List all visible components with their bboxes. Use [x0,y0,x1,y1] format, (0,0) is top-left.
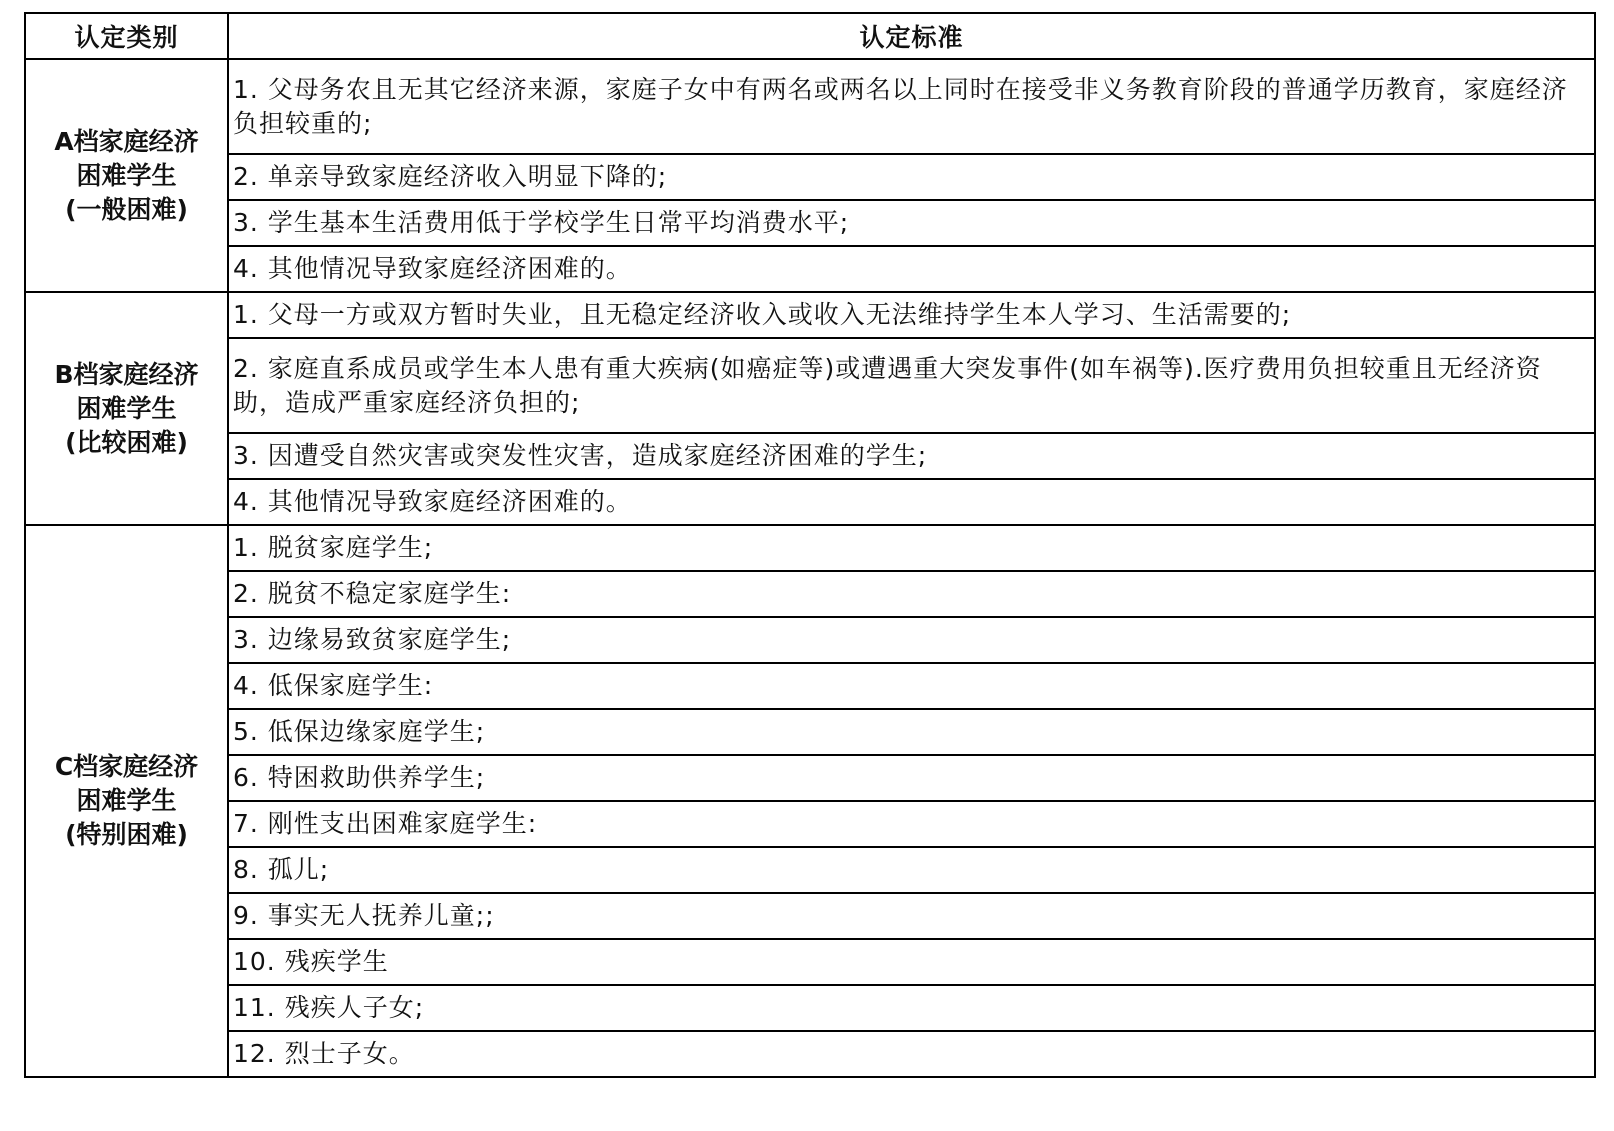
category-label-line: (特别困难) [26,818,227,852]
table-row: 2. 脱贫不稳定家庭学生: [25,571,1595,617]
table-row: 2. 单亲导致家庭经济收入明显下降的; [25,154,1595,200]
header-row: 认定类别 认定标准 [25,13,1595,59]
criterion-cell: 2. 单亲导致家庭经济收入明显下降的; [228,154,1595,200]
category-cell-b: B档家庭经济 困难学生 (比较困难) [25,292,228,525]
criterion-cell: 4. 其他情况导致家庭经济困难的。 [228,479,1595,525]
table-row: B档家庭经济 困难学生 (比较困难) 1. 父母一方或双方暂时失业，且无稳定经济… [25,292,1595,338]
criterion-cell: 7. 刚性支出困难家庭学生: [228,801,1595,847]
category-label-line: C档家庭经济 [26,750,227,784]
criterion-cell: 9. 事实无人抚养儿童;; [228,893,1595,939]
criterion-cell: 5. 低保边缘家庭学生; [228,709,1595,755]
criterion-cell: 3. 学生基本生活费用低于学校学生日常平均消费水平; [228,200,1595,246]
header-category: 认定类别 [25,13,228,59]
criterion-cell: 1. 父母一方或双方暂时失业，且无稳定经济收入或收入无法维持学生本人学习、生活需… [228,292,1595,338]
table-row: 9. 事实无人抚养儿童;; [25,893,1595,939]
table-row: 4. 其他情况导致家庭经济困难的。 [25,479,1595,525]
table-row: 3. 边缘易致贫家庭学生; [25,617,1595,663]
table-row: 4. 其他情况导致家庭经济困难的。 [25,246,1595,292]
category-cell-a: A档家庭经济 困难学生 (一般困难) [25,59,228,292]
category-label-line: (一般困难) [26,193,227,227]
criterion-cell: 4. 低保家庭学生: [228,663,1595,709]
criterion-cell: 3. 边缘易致贫家庭学生; [228,617,1595,663]
table-row: 6. 特困救助供养学生; [25,755,1595,801]
category-label-line: 困难学生 [26,784,227,818]
criterion-cell: 1. 脱贫家庭学生; [228,525,1595,571]
table-row: 3. 因遭受自然灾害或突发性灾害，造成家庭经济困难的学生; [25,433,1595,479]
category-label-line: B档家庭经济 [26,358,227,392]
criterion-cell: 10. 残疾学生 [228,939,1595,985]
category-label-line: 困难学生 [26,159,227,193]
header-standard: 认定标准 [228,13,1595,59]
criterion-cell: 3. 因遭受自然灾害或突发性灾害，造成家庭经济困难的学生; [228,433,1595,479]
criterion-cell: 4. 其他情况导致家庭经济困难的。 [228,246,1595,292]
table-row: A档家庭经济 困难学生 (一般困难) 1. 父母务农且无其它经济来源，家庭子女中… [25,59,1595,154]
table-row: 3. 学生基本生活费用低于学校学生日常平均消费水平; [25,200,1595,246]
table-row: C档家庭经济 困难学生 (特别困难) 1. 脱贫家庭学生; [25,525,1595,571]
table-row: 10. 残疾学生 [25,939,1595,985]
table-row: 11. 残疾人子女; [25,985,1595,1031]
category-cell-c: C档家庭经济 困难学生 (特别困难) [25,525,228,1077]
criterion-cell: 2. 脱贫不稳定家庭学生: [228,571,1595,617]
category-label-line: A档家庭经济 [26,125,227,159]
table-row: 2. 家庭直系成员或学生本人患有重大疾病(如癌症等)或遭遇重大突发事件(如车祸等… [25,338,1595,433]
criteria-table: 认定类别 认定标准 A档家庭经济 困难学生 (一般困难) 1. 父母务农且无其它… [24,12,1596,1078]
criterion-cell: 2. 家庭直系成员或学生本人患有重大疾病(如癌症等)或遭遇重大突发事件(如车祸等… [228,338,1595,433]
table-row: 4. 低保家庭学生: [25,663,1595,709]
table-row: 5. 低保边缘家庭学生; [25,709,1595,755]
criterion-cell: 1. 父母务农且无其它经济来源，家庭子女中有两名或两名以上同时在接受非义务教育阶… [228,59,1595,154]
criterion-cell: 11. 残疾人子女; [228,985,1595,1031]
category-label-line: (比较困难) [26,426,227,460]
criterion-cell: 6. 特困救助供养学生; [228,755,1595,801]
category-label-line: 困难学生 [26,392,227,426]
criterion-cell: 12. 烈士子女。 [228,1031,1595,1077]
table-row: 12. 烈士子女。 [25,1031,1595,1077]
criterion-cell: 8. 孤儿; [228,847,1595,893]
table-row: 8. 孤儿; [25,847,1595,893]
table-row: 7. 刚性支出困难家庭学生: [25,801,1595,847]
